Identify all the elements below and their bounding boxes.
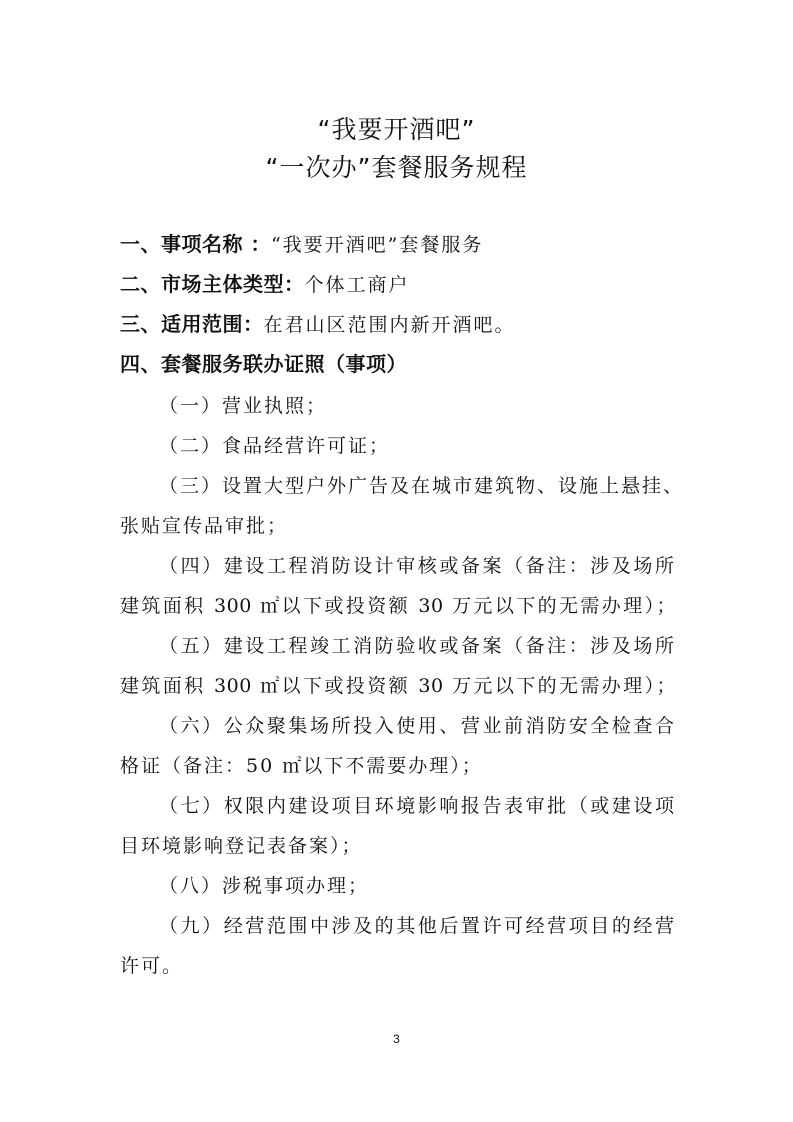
list-item-4-cont: 建筑面积 300 ㎡以下或投资额 30 万元以下的无需办理）；: [120, 592, 676, 620]
document-title-line2: “一次办”套餐服务规程: [0, 148, 793, 184]
section-value: “我要开酒吧”套餐服务: [271, 234, 483, 256]
list-item-6: （六）公众聚集场所投入使用、营业前消防安全检查合: [159, 712, 676, 740]
list-item-8: （八）涉税事项办理；: [159, 872, 676, 900]
section-entity-type: 二、市场主体类型：个体工商户: [120, 270, 676, 299]
section-label: 一、事项名称 ：: [120, 232, 271, 256]
list-item-3: （三）设置大型户外广告及在城市建筑物、设施上悬挂、: [159, 472, 676, 500]
page-number: 3: [0, 1032, 793, 1046]
section-value: 个体工商户: [305, 274, 410, 296]
section-joint-licenses: 四、套餐服务联办证照（事项）: [120, 350, 676, 379]
list-item-5: （五）建设工程竣工消防验收或备案（备注：涉及场所: [159, 632, 676, 660]
section-item-name: 一、事项名称 ：“我要开酒吧”套餐服务: [120, 230, 676, 259]
section-scope: 三、适用范围：在君山区范围内新开酒吧。: [120, 310, 676, 339]
list-item-7: （七）权限内建设项目环境影响报告表审批（或建设项: [159, 792, 676, 820]
section-label: 四、套餐服务联办证照（事项）: [120, 352, 407, 376]
section-label: 三、适用范围：: [120, 312, 264, 336]
list-item-1: （一）营业执照；: [159, 392, 676, 420]
section-label: 二、市场主体类型：: [120, 272, 305, 296]
section-value: 在君山区范围内新开酒吧。: [264, 314, 516, 336]
list-item-6-cont: 格证（备注：50 ㎡以下不需要办理）；: [120, 752, 676, 780]
document-title-line1: “我要开酒吧”: [0, 110, 793, 146]
list-item-9-cont: 许可。: [120, 952, 676, 980]
list-item-5-cont: 建筑面积 300 ㎡以下或投资额 30 万元以下的无需办理）；: [120, 672, 676, 700]
list-item-7-cont: 目环境影响登记表备案）；: [120, 832, 676, 860]
list-item-3-cont: 张贴宣传品审批；: [120, 512, 676, 540]
list-item-2: （二）食品经营许可证；: [159, 432, 676, 460]
list-item-4: （四）建设工程消防设计审核或备案（备注：涉及场所: [159, 552, 676, 580]
list-item-9: （九）经营范围中涉及的其他后置许可经营项目的经营: [159, 912, 676, 940]
document-page: “我要开酒吧” “一次办”套餐服务规程 一、事项名称 ：“我要开酒吧”套餐服务 …: [0, 0, 793, 1122]
